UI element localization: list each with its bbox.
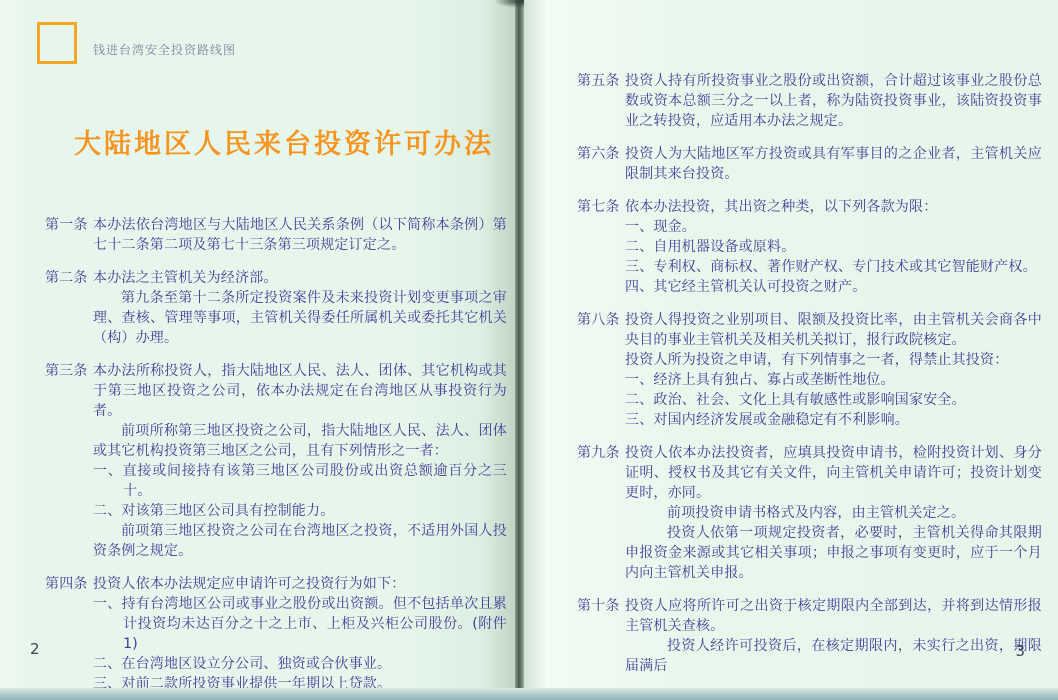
article-paragraph: 一、持有台湾地区公司或事业之股份或出资额。但不包括单次且累计投资均未达百分之十之… bbox=[93, 594, 507, 654]
left-page: 钱进台湾安全投资路线图 大陆地区人民来台投资许可办法 第一条本办法依台湾地区与大… bbox=[0, 0, 518, 688]
page-number-left: 2 bbox=[30, 640, 41, 658]
article-label: 第二条 bbox=[45, 268, 91, 348]
article-paragraph: 投资人持有所投资事业之股份或出资额，合计超过该事业之股份总数或资本总额三分之一以… bbox=[625, 71, 1042, 131]
article-body: 投资人应将所许可之出资于核定期限内全部到达，并将到达情形报主管机关查核。投资人经… bbox=[623, 596, 1042, 676]
right-page-articles: 第五条投资人持有所投资事业之股份或出资额，合计超过该事业之股份总数或资本总额三分… bbox=[577, 71, 1042, 689]
book-gutter bbox=[515, 0, 524, 688]
article-paragraph: 二、在台湾地区设立分公司、独资或合伙事业。 bbox=[93, 654, 507, 674]
article-paragraph: 三、对国内经济发展或金融稳定有不利影响。 bbox=[625, 410, 1042, 430]
article-body: 本办法所称投资人，指大陆地区人民、法人、团体、其它机构或其于第三地区投资之公司，… bbox=[91, 361, 507, 561]
article-body: 投资人依本办法规定应申请许可之投资行为如下：一、持有台湾地区公司或事业之股份或出… bbox=[91, 574, 507, 694]
article-paragraph: 二、对该第三地区公司具有控制能力。 bbox=[93, 501, 507, 521]
article-label: 第四条 bbox=[45, 574, 91, 694]
article-paragraph: 投资人为大陆地区军方投资或具有军事目的之企业者，主管机关应限制其来台投资。 bbox=[625, 144, 1042, 184]
article-label: 第五条 bbox=[577, 71, 623, 131]
article-paragraph: 一、直接或间接持有该第三地区公司股份或出资总额逾百分之三十。 bbox=[93, 461, 507, 501]
article-paragraph: 一、经济上具有独占、寡占或垄断性地位。 bbox=[625, 370, 1042, 390]
page-number-right: 3 bbox=[1015, 642, 1026, 660]
article-paragraph: 投资人依本办法投资者，应填具投资申请书，检附投资计划、身分证明、授权书及其它有关… bbox=[625, 443, 1042, 503]
article: 第九条投资人依本办法投资者，应填具投资申请书，检附投资计划、身分证明、授权书及其… bbox=[577, 443, 1042, 583]
article-paragraph: 四、其它经主管机关认可投资之财产。 bbox=[625, 277, 1042, 297]
right-page: 第五条投资人持有所投资事业之股份或出资额，合计超过该事业之股份总数或资本总额三分… bbox=[524, 0, 1058, 688]
article: 第二条本办法之主管机关为经济部。第九条至第十二条所定投资案件及未来投资计划变更事… bbox=[45, 268, 507, 348]
article-paragraph: 投资人得投资之业别项目、限额及投资比率，由主管机关会商各中央目的事业主管机关及相… bbox=[625, 310, 1042, 350]
article-label: 第九条 bbox=[577, 443, 623, 583]
article-label: 第八条 bbox=[577, 310, 623, 430]
article-label: 第一条 bbox=[45, 215, 91, 255]
article: 第七条依本办法投资，其出资之种类，以下列各款为限：一、现金。二、自用机器设备或原… bbox=[577, 197, 1042, 297]
article-body: 依本办法投资，其出资之种类，以下列各款为限：一、现金。二、自用机器设备或原料。三… bbox=[623, 197, 1042, 297]
article-label: 第七条 bbox=[577, 197, 623, 297]
article-paragraph: 投资人依第一项规定投资者，必要时，主管机关得命其限期申报资金来源或其它相关事项；… bbox=[625, 523, 1042, 583]
article: 第五条投资人持有所投资事业之股份或出资额，合计超过该事业之股份总数或资本总额三分… bbox=[577, 71, 1042, 131]
article: 第三条本办法所称投资人，指大陆地区人民、法人、团体、其它机构或其于第三地区投资之… bbox=[45, 361, 507, 561]
article-body: 本办法之主管机关为经济部。第九条至第十二条所定投资案件及未来投资计划变更事项之审… bbox=[91, 268, 507, 348]
page-header: 钱进台湾安全投资路线图 bbox=[37, 22, 236, 64]
page-bottom-edge bbox=[0, 688, 1058, 700]
article: 第四条投资人依本办法规定应申请许可之投资行为如下：一、持有台湾地区公司或事业之股… bbox=[45, 574, 507, 694]
article-paragraph: 第九条至第十二条所定投资案件及未来投资计划变更事项之审理、查核、管理等事项，主管… bbox=[93, 288, 507, 348]
article-paragraph: 投资人依本办法规定应申请许可之投资行为如下： bbox=[93, 574, 507, 594]
article-body: 本办法依台湾地区与大陆地区人民关系条例（以下简称本条例）第七十二条第二项及第七十… bbox=[91, 215, 507, 255]
article-paragraph: 三、专利权、商标权、著作财产权、专门技术或其它智能财产权。 bbox=[625, 257, 1042, 277]
article-paragraph: 依本办法投资，其出资之种类，以下列各款为限： bbox=[625, 197, 1042, 217]
article-paragraph: 前项所称第三地区投资之公司，指大陆地区人民、法人、团体或其它机构投资第三地区之公… bbox=[93, 421, 507, 461]
article-paragraph: 前项投资申请书格式及内容，由主管机关定之。 bbox=[625, 503, 1042, 523]
article-paragraph: 二、自用机器设备或原料。 bbox=[625, 237, 1042, 257]
article-paragraph: 投资人经许可投资后，在核定期限内，未实行之出资，期限届满后 bbox=[625, 636, 1042, 676]
article: 第八条投资人得投资之业别项目、限额及投资比率，由主管机关会商各中央目的事业主管机… bbox=[577, 310, 1042, 430]
article-body: 投资人得投资之业别项目、限额及投资比率，由主管机关会商各中央目的事业主管机关及相… bbox=[623, 310, 1042, 430]
article-paragraph: 本办法所称投资人，指大陆地区人民、法人、团体、其它机构或其于第三地区投资之公司，… bbox=[93, 361, 507, 421]
article-paragraph: 本办法之主管机关为经济部。 bbox=[93, 268, 507, 288]
booklet-logo-icon bbox=[37, 22, 77, 64]
article-paragraph: 投资人应将所许可之出资于核定期限内全部到达，并将到达情形报主管机关查核。 bbox=[625, 596, 1042, 636]
book-spread: 钱进台湾安全投资路线图 大陆地区人民来台投资许可办法 第一条本办法依台湾地区与大… bbox=[0, 0, 1058, 700]
article-paragraph: 一、现金。 bbox=[625, 217, 1042, 237]
article: 第六条投资人为大陆地区军方投资或具有军事目的之企业者，主管机关应限制其来台投资。 bbox=[577, 144, 1042, 184]
article-paragraph: 二、政治、社会、文化上具有敏感性或影响国家安全。 bbox=[625, 390, 1042, 410]
article-body: 投资人为大陆地区军方投资或具有军事目的之企业者，主管机关应限制其来台投资。 bbox=[623, 144, 1042, 184]
article-body: 投资人持有所投资事业之股份或出资额，合计超过该事业之股份总数或资本总额三分之一以… bbox=[623, 71, 1042, 131]
article-body: 投资人依本办法投资者，应填具投资申请书，检附投资计划、身分证明、授权书及其它有关… bbox=[623, 443, 1042, 583]
article-paragraph: 前项第三地区投资之公司在台湾地区之投资，不适用外国人投资条例之规定。 bbox=[93, 521, 507, 561]
article-label: 第三条 bbox=[45, 361, 91, 561]
article: 第一条本办法依台湾地区与大陆地区人民关系条例（以下简称本条例）第七十二条第二项及… bbox=[45, 215, 507, 255]
article-paragraph: 本办法依台湾地区与大陆地区人民关系条例（以下简称本条例）第七十二条第二项及第七十… bbox=[93, 215, 507, 255]
article: 第十条投资人应将所许可之出资于核定期限内全部到达，并将到达情形报主管机关查核。投… bbox=[577, 596, 1042, 676]
article-label: 第六条 bbox=[577, 144, 623, 184]
article-paragraph: 投资人所为投资之申请，有下列情事之一者，得禁止其投资： bbox=[625, 350, 1042, 370]
booklet-title: 钱进台湾安全投资路线图 bbox=[93, 41, 236, 58]
left-page-articles: 第一条本办法依台湾地区与大陆地区人民关系条例（以下简称本条例）第七十二条第二项及… bbox=[45, 215, 507, 700]
document-title: 大陆地区人民来台投资许可办法 bbox=[74, 122, 494, 161]
article-label: 第十条 bbox=[577, 596, 623, 676]
